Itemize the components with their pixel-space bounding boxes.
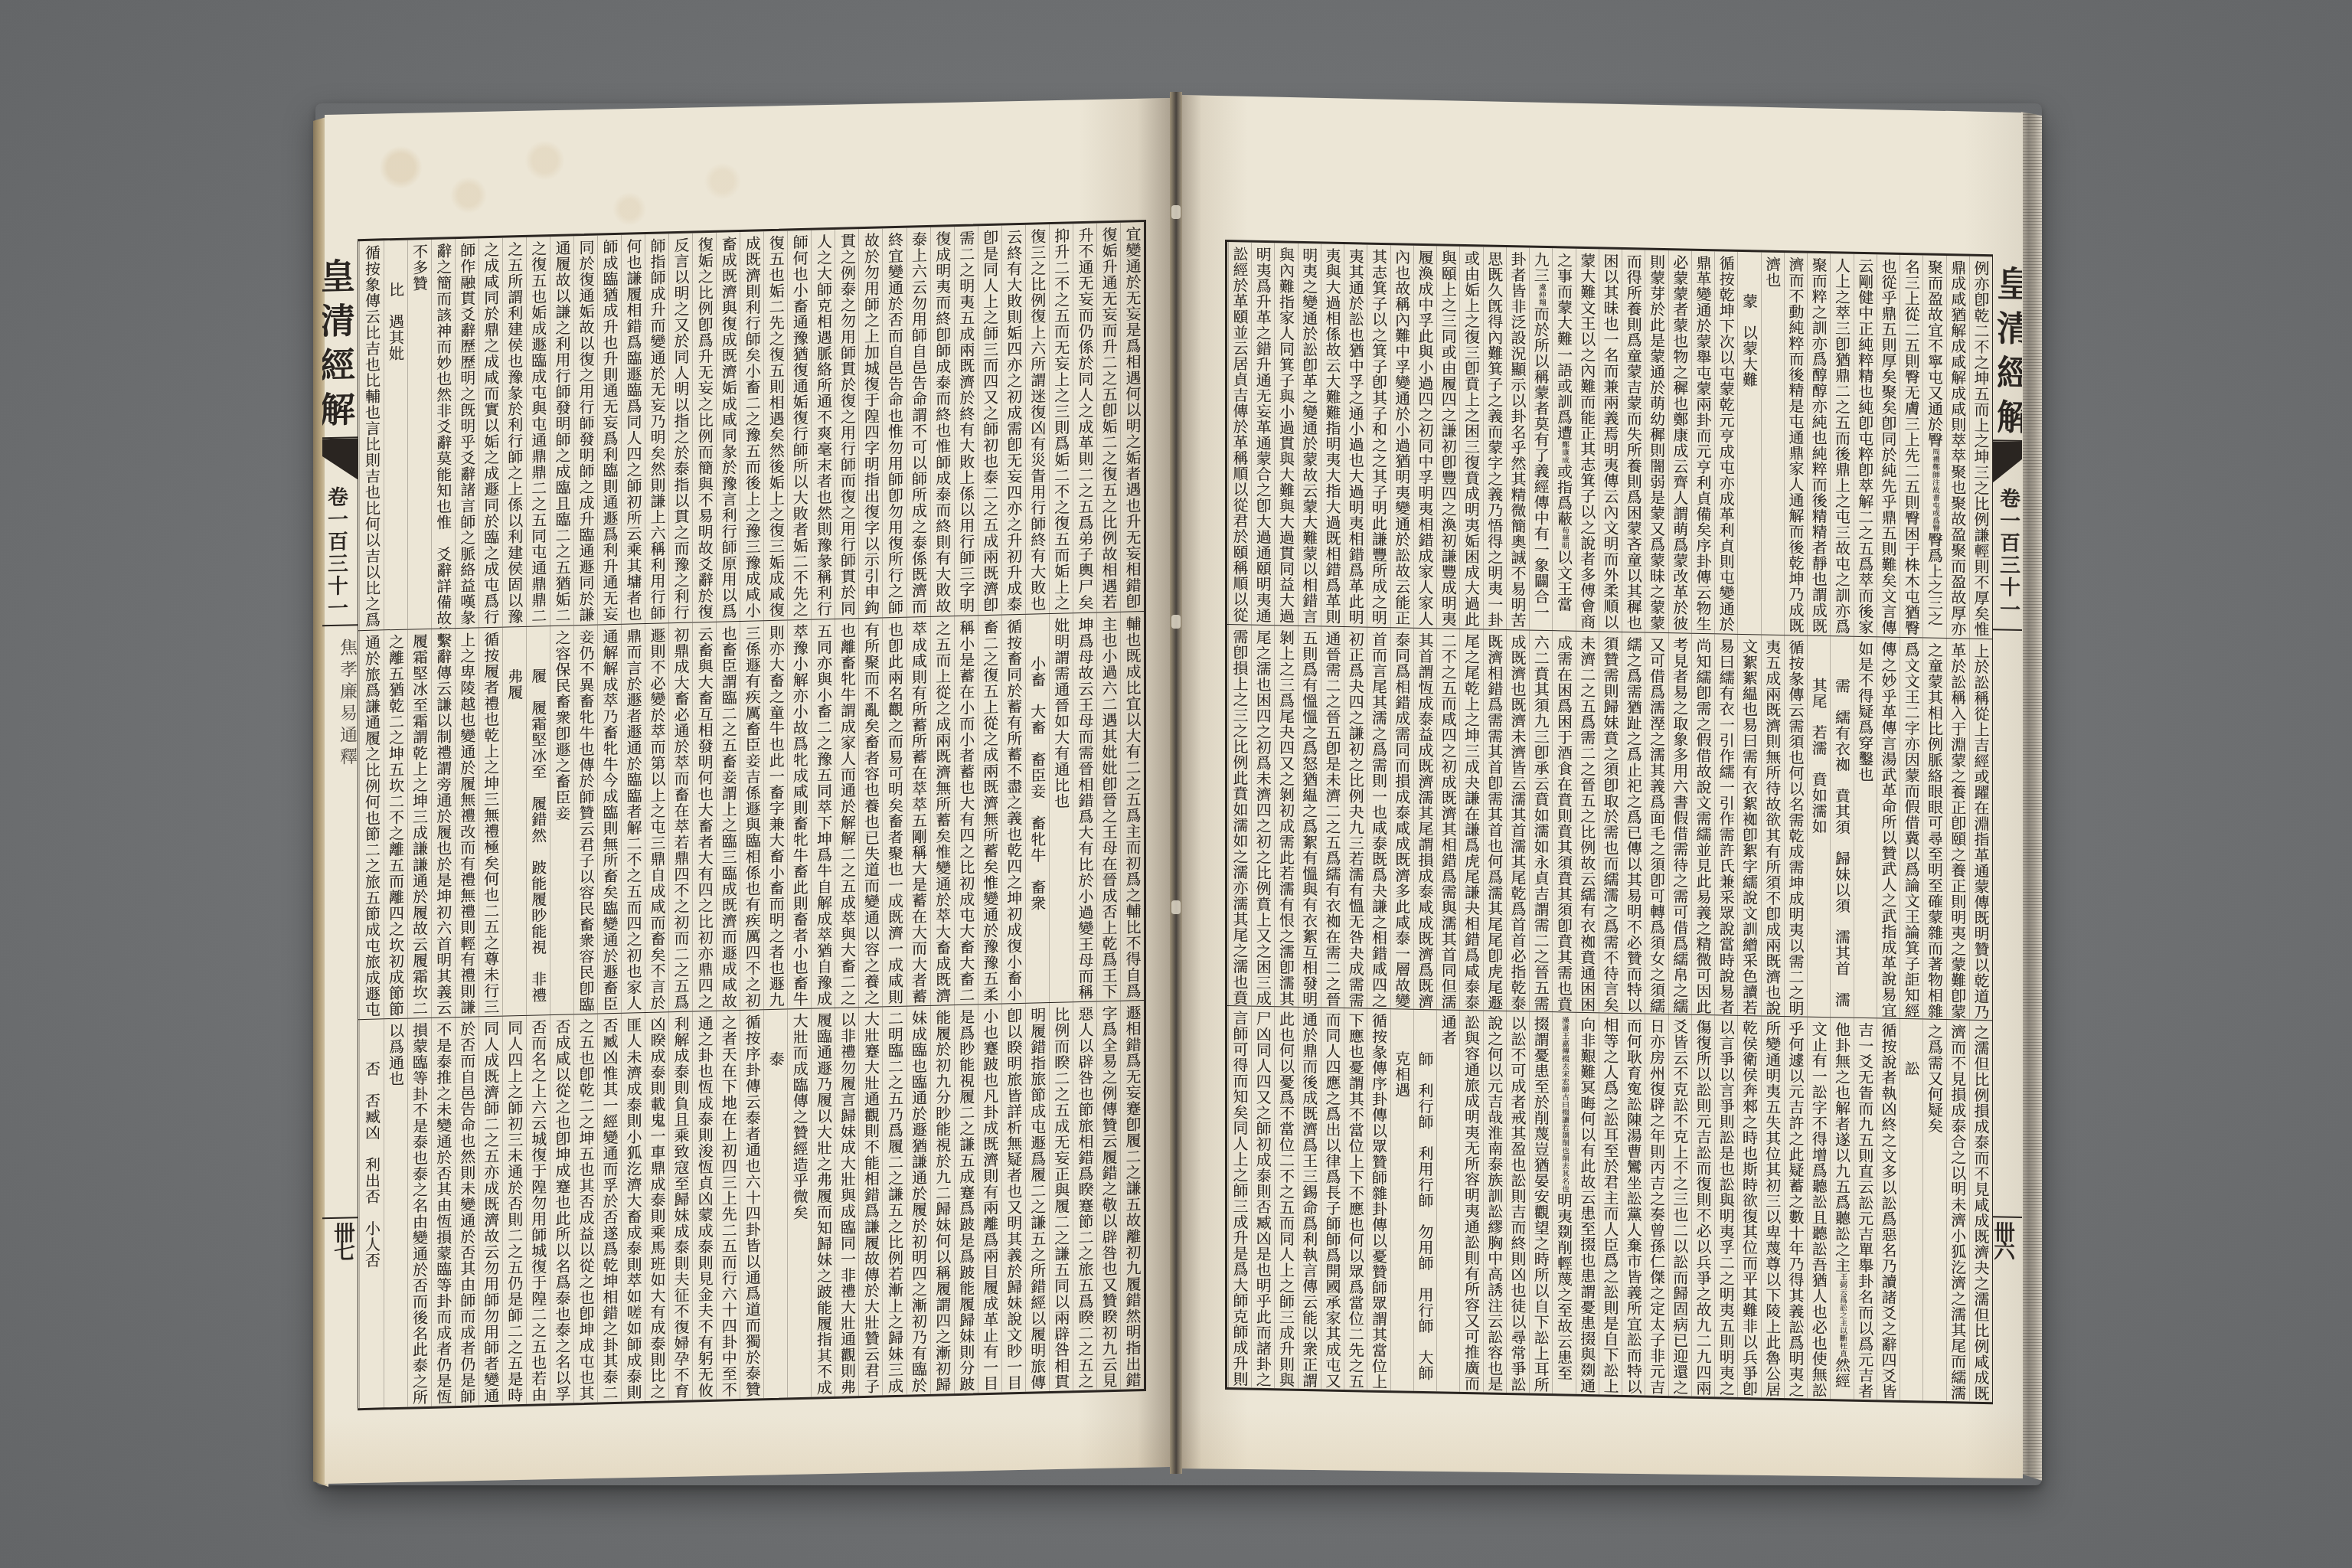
text-column: 夷其通於訟也猶中孚之通小過也大過明夷相錯爲革此明 [1344, 244, 1367, 626]
text-column: 升不通无妄而仍係於同人之成革則二之五爲弟子輿尸矣 [1073, 224, 1096, 613]
text-column: 此也何以憂爲不當位二不之五而同人上之師三成升則與 [1274, 1007, 1297, 1388]
text-column: 輔也既成比宜以大有二之五爲主而初爲之輔比不得自爲 [1120, 612, 1144, 1001]
text-column: 履渙成中孚此與小過四之初同中孚明夷相錯成家人家人 [1413, 246, 1436, 628]
book-spine-gutter [1170, 92, 1182, 1474]
text-column: 則蒙芽於此是蒙通於萌幼穉則闇弱是蒙又爲蒙昧之蒙蒙 [1645, 250, 1668, 632]
text-column: 例亦卽乾二不之坤五而上之坤三之比例謙輕則不厚矣惟 [1969, 256, 1992, 639]
text-run: 他卦無之也解者遂以九五爲聽訟之主 [1833, 1021, 1851, 1272]
text-column: 不多贊 [407, 240, 431, 629]
work-title: 焦孝廉易通釋 [338, 638, 356, 769]
text-column: 上於訟稱從上吉經或躍在淵指革通蒙傳既明贊以乾道乃 [1969, 639, 1992, 1020]
text-column: 之離五猶乾二之坤五坎二不之離五而離四之坎初成節節 [384, 630, 407, 1019]
text-column: 之五也卽乾二之坤五也其否成益以從之也卽坤成屯也其 [573, 1014, 597, 1403]
text-column: 有所聚而不亂矣畜者容也養也已失道而變通以容之養之 [858, 618, 882, 1007]
text-column: 思既久旣得內難箕子之義而蒙字之義乃悟得之明夷一卦 [1483, 247, 1506, 629]
interlinear-note: 荀慈明 [1560, 526, 1569, 549]
text-column: 之容保民畜衆卽遯之畜臣妾 [550, 626, 573, 1014]
text-column: 以言爭以言爭則訟是也訟與明夷孚二之明夷五則明夷之 [1714, 1015, 1737, 1396]
interlinear-note: 王弼云爲訟之主以斷枉直 [1838, 1273, 1847, 1357]
text-column: 利解成泰則負且乘致寇至歸妹成泰則夫征不復婦孕不育 [668, 1011, 692, 1400]
text-column: 循按乾坤下次以屯蒙乾元亨成屯亦成革利貞則屯變通於 [1714, 251, 1737, 633]
text-column: 訟與容通旅成明夷无所容明夷通訟則有所容又可推廣而 [1459, 1011, 1482, 1392]
text-column: 大壯而成臨傳之贊經造乎微矣 [787, 1009, 811, 1398]
text-column: 言師可得而知矣同人上之師三成升是爲大師克師成升則 [1228, 1006, 1251, 1387]
text-column: 卦者皆非泛設況顯示以卦名乎然其精微簡奧誠不易明苦 [1506, 247, 1529, 629]
collection-title: 皇清經解 [1994, 265, 2022, 443]
text-column: 二不之五而咸四之初成既濟其相錯爲需與濡其首同但濡 [1436, 629, 1459, 1010]
volume-label: 卷一百三十一 [1996, 487, 2019, 621]
text-column: 漢書王嘉傳掇去宋宏師古曰掇讀若剟削也削去其名也明夷剟削輕蔑之至故云患至 [1552, 1012, 1575, 1393]
text-column: 所變通明夷五失其位其初三以卑蔑尊以下陵上此魯公居 [1761, 1017, 1784, 1398]
text-column: 萃成咸則有所蓄所蓄在萃萃五剛稱大是蓄在大而大者蓄 [906, 617, 930, 1006]
text-column: 易曰繻有衣一引作繻一引作需許氏兼采眾說當時說易者 [1714, 634, 1737, 1015]
text-column: 之復五也姤成遯臨成屯與屯通鼎鼎二之五同屯通鼎鼎二 [526, 237, 550, 626]
text-column: 鼎成咸猶解成咸解成咸則萃萃聚也聚故盈聚而盈故厚亦 [1946, 256, 1969, 638]
text-column: 其志箕子以之箕子卽其子和之之其子明此謙豐所成之明 [1367, 245, 1390, 627]
text-column: 繻之爲需猶趾之爲止祀之爲已傳以其易明不必贊而特以 [1622, 632, 1645, 1014]
text-column: 夷五成兩既濟則無所待故欲其有所須不卽成兩既濟也說 [1761, 635, 1784, 1016]
text-column: 循按序卦傳云泰者通也六十四卦皆以通爲道而獨於泰贊 [740, 1010, 763, 1399]
text-run: 以文王當 [1555, 549, 1573, 612]
text-column: 五同亦與小畜二之豫五同萃下坤爲牛自解成萃猶自豫成 [811, 619, 835, 1008]
fish-tail-ornament-icon [1993, 441, 2022, 483]
binding-thread-icon [1171, 615, 1181, 629]
text-column: 掇謂憂患至於削蔑豈猶晏安觀望之時所以自下訟上耳所 [1529, 1012, 1552, 1393]
text-column: 貫之例泰之勿用師貫於復之用行師而復之用行師貫於同 [835, 229, 858, 619]
text-column: 遯則不必變於萃而第以上之屯三鼎自成咸而畜矣不言於 [645, 623, 668, 1012]
text-column: 比例而睽二之五成无妄正與履二之謙五同以兩辟咎相貫 [1049, 1002, 1073, 1391]
text-column: 須贊需則歸妹賁之須卽取於需也而繻濡之爲需不待言矣 [1599, 632, 1622, 1013]
text-column: 通晉需二之晉五卽是未濟二之五爲繻有衣袽在需二之晉 [1321, 626, 1344, 1008]
text-column: 否成咸以從之也卽坤成蹇也此所以名爲泰也泰之名以孚 [550, 1014, 573, 1403]
text-column: 匪人未濟成泰則小狐汔濟大畜成泰則萃如嗟如師成泰則 [621, 1013, 645, 1402]
entry-heading: 需 繻有衣袽 賁其須 歸妹以須 濡其首 濡 [1830, 636, 1853, 1018]
text-column: 五則爲有慍慍之爲怒猶緼之爲絮有慍與有衣絮互相發明 [1298, 626, 1321, 1007]
text-column: 是爲眇能視履二之謙五成蹇爲跛是爲跛能履歸妹則分跛 [954, 1004, 978, 1393]
text-column: 復姤之比例卽爲升无妄之比例而簡與不易明故爻辭於復 [692, 233, 716, 622]
text-column: 以爲通也 [384, 1019, 407, 1408]
text-column: 以訟不可成者戒其盈也訟則吉而終則凶也徒以尋常爭訟 [1506, 1011, 1529, 1393]
text-column: 上之卑陵越也變通於履無禮改而有禮無禮則輕有禮則謙 [455, 628, 479, 1017]
text-column: 之童蒙其相比例脈絡眼眼可尋至明至確蒙雜而著物相雜 [1922, 638, 1945, 1019]
text-column: 之爲需又何疑矣 [1922, 1020, 1945, 1401]
text-column: 主也小過六二遇其妣妣卽晉之王母在晉成否上乾爲王下 [1096, 612, 1120, 1001]
text-run: 然經 [1833, 1357, 1851, 1388]
text-column: 惡人以辟咎也節旅相錯爲睽蹇節二之旅五爲睽二之五之 [1073, 1002, 1096, 1391]
binding-thread-icon [1171, 900, 1181, 914]
entry-heading: 泰 [763, 1009, 787, 1398]
entry-heading: 履 履霜堅冰至 履錯然 跛能履眇能視 非禮 [526, 626, 550, 1015]
text-column: 首而言尾其濡之爲需則一也咸泰既爲夬謙之相錯咸四之 [1367, 627, 1390, 1008]
text-run: 臀爲上之三之 [1926, 532, 1944, 626]
text-column: 內也故稱內難中孚變通於小過猶明夷變通於訟故云能正 [1390, 245, 1413, 627]
text-column: 妣明謂需通晉如大有通比也 [1049, 613, 1073, 1002]
text-column: 乎何遽以元吉許之此疑蓄之數十年乃得其義訟爲明夷之 [1784, 1017, 1807, 1398]
page-number: 卌六 [1993, 1220, 2014, 1258]
interlinear-note: 漢書王嘉傳掇去宋宏師古曰掇讀若剟削也削去其名也 [1560, 1017, 1569, 1193]
text-column: 畜成既濟與復成既濟姤成咸同彖於豫言利行師原用以爲 [716, 232, 740, 622]
right-page-lower-register: 之濡但比例損成泰而不見咸成既濟夬之濡但比例咸成既濟而不見損成泰合之以明未濟小狐汔… [1227, 1005, 1992, 1402]
text-column: 成既濟則利行師矣小畜二之豫五而後上之豫三豫成咸小 [740, 231, 763, 621]
text-column: 妹成臨也臨通於遯猶謙通於履於初明四之漸初乃有臨於 [906, 1006, 930, 1395]
text-column: 六二賁其須九三卽承云賁如濡如永貞吉謂需二之晉五需 [1529, 630, 1552, 1011]
text-column: 也畜臣謂臨二之五畜妾謂上之臨三臨成既濟而遯成咸故 [716, 622, 740, 1011]
text-column: 訟經於革頤並云居貞吉傳於革稱順以從君於頤稱順以從 [1228, 242, 1251, 624]
text-column: 之事而蒙大難一語或訓爲遭鄭康成或指爲蔽荀慈明以文王當 [1552, 248, 1575, 630]
text-column: 復成明夷而終卽師成泰而終也惟師成泰而終則有大敗故 [930, 227, 954, 616]
text-column: 初鼎成大畜必通於萃而畜在萃若鼎四不之初而二之五爲 [668, 622, 692, 1011]
text-column: 師何也小畜通豫猶復通姤復行師所以大敗者姤二不先之 [787, 230, 811, 620]
text-column: 泰同爲相錯成需同而損成泰咸成既濟多此咸泰一層故變 [1390, 628, 1413, 1009]
text-column: 考見者易之取象多用六書假借需待之需可借爲繻帛之繻 [1668, 633, 1691, 1014]
text-column: 循按彖傳序卦傳以眾贊師雜卦傳以憂贊師眾謂其當位上 [1367, 1009, 1390, 1390]
text-column: 字爲全易之例傳贊云履錯之敬以辟咎也又贊睽初九云見 [1096, 1001, 1120, 1390]
text-column: 辭之簡而該神而妙也然非爻辭莫能知也惟 爻辭詳備故傳 [431, 239, 455, 629]
text-column: 之五所謂利建侯也豫彖於利行師之上係以利建侯固以豫 [502, 237, 526, 627]
text-column: 萃豫小解亦小故爲牝成咸則畜牝牛畜此則畜者小也畜牛 [787, 620, 811, 1009]
text-column: 稱小是蓄在小而小者蓄也大有四之比初成屯大畜大畜二 [954, 616, 978, 1004]
right-page-fold-margin: 皇清經解 卷一百三十一 卌六 [1993, 254, 2022, 1405]
text-column: 反言以明之又於同人明以指之於泰指以貫之而豫之利行 [668, 233, 692, 622]
entry-heading: 克相遇 [1390, 1009, 1413, 1390]
text-column: 濟而不動純粹而後精是屯通鼎家人通解而後乾坤乃成既 [1784, 253, 1807, 635]
entry-heading: 否 否臧凶 利出否 小人否 [359, 1019, 383, 1408]
text-column: 於否而自邑告命也然則未變通於否其由師而成者仍是師 [455, 1017, 479, 1406]
text-column: 文止有一訟字不得增爲聽訟且聽訟吾猶人也必也使無訟 [1807, 1018, 1830, 1399]
text-column: 爻皆云不克訟不克上不之三也二以訟而歸固病已迎還之 [1668, 1014, 1691, 1396]
text-column: 之五而上從之成兩既濟無所蓄矣惟變通於萃大畜成既濟 [930, 616, 954, 1005]
text-column: 尸凶同人四又之師初成泰則否臧凶是也明乎此而諸卦之 [1251, 1007, 1274, 1388]
text-column: 遯相錯爲无妄蹇卽履二之謙五故離初九履錯然明指出錯 [1120, 1001, 1144, 1390]
text-column: 文絮絮緼也易曰需有衣絮袽卽絮字繻說文訓繒采色讀若 [1737, 634, 1760, 1015]
text-column: 日亦房州復辟之年則丙吉之奏曾孫仁傑之定太子非元吉 [1645, 1014, 1668, 1396]
right-page-middle-register: 上於訟稱從上吉經或躍在淵指革通蒙傳既明贊以乾道乃革於訟稱入于淵蒙之養正卽頤之養正… [1227, 624, 1992, 1021]
text-column: 通於旅爲謙通履之比例何也節二之旅五節成屯旅成遯屯 [359, 630, 383, 1019]
text-column: 成既濟也既濟未濟皆云濡其首濡其尾乾爲首首必指乾泰 [1506, 630, 1529, 1011]
text-column: 通解解成萃乃畜牝牛今成臨則無所畜矣臨變通於遯畜臣 [597, 625, 621, 1014]
text-column: 向非艱難冥晦何以有此故云患至掇也患謂憂患掇與剟通 [1576, 1013, 1599, 1394]
text-column: 妾仍不異畜牝牛也傳於師贊云君子以容民畜衆容民卽臨 [573, 626, 597, 1014]
left-page-lower-register: 遯相錯爲无妄蹇卽履二之謙五故離初九履錯然明指出錯字爲全易之例傳贊云履錯之敬以辟咎… [358, 1000, 1144, 1408]
interlinear-note: 周禮鄭師注故書屯或爲臀 [1931, 448, 1939, 532]
text-column: 循按履者禮也乾上之坤三無禮極矣何也二五之尊未行三 [479, 628, 502, 1017]
text-column: 明夷爲升革之錯升通无妄革通蒙合之卽大過通頤明夷通 [1251, 243, 1274, 625]
text-column: 濟也 [1761, 252, 1784, 634]
text-column: 蒙大難文王以之內難而能正其志箕子以之說者多傅會商 [1576, 249, 1599, 631]
text-column: 履霜堅冰至霜謂乾上之坤三成謙謙通於履故云履霜坎二 [407, 629, 431, 1018]
page-stack-edge-right [2021, 112, 2042, 1481]
text-column: 名三上從二五則臀无膚三上先二五則臀困于株木屯猶臀 [1900, 255, 1922, 637]
entry-heading: 比 遇其妣 [384, 240, 407, 630]
text-run: 九三 [1531, 252, 1550, 283]
text-column: 復五也姤二先之復五則相遇矣然後姤上之復三姤成咸復 [763, 230, 787, 620]
interlinear-note: 虞仲翔 [1537, 283, 1545, 306]
text-column: 如是不得疑爲穿鑿也 [1854, 636, 1877, 1018]
text-column: 明夷之變通於訟卽革之變通於蒙故云蒙大難蒙以相錯言 [1298, 243, 1321, 626]
text-column: 以非禮勿履言歸妹成大壯與成臨同一非禮大壯通觀則弗 [835, 1008, 858, 1396]
text-column: 故於勿用師之上加城復于隍四字明指出復字以示引申鉤 [858, 228, 882, 618]
text-column: 抑升二不之五而无妄上之三則爲姤二不之復五而姤上之 [1049, 224, 1073, 613]
text-column: 鼎而言於遯者遯通於臨臨者解二不之五而四之初也家人 [621, 624, 645, 1013]
text-column: 而得所養則爲童蒙吉蒙而失所養則爲困蒙吝童以其穉也 [1622, 250, 1645, 632]
text-column: 聚而粹之訓亦爲醇醇亦純也純粹而後精精者靜也謂成既 [1807, 253, 1830, 635]
margin-rule [322, 624, 358, 626]
text-column: 師成臨猶成升也升則通无妄爲利臨則通遯爲利升通无妄 [597, 235, 621, 625]
text-column: 也從乎鼎五則厚矣聚矣卽同於純先乎鼎五則難矣文言傳 [1877, 254, 1900, 636]
text-column: 云剛健中正純粹精也純卽屯粹卽萃解二之五爲萃而後家 [1854, 254, 1877, 636]
left-page-text-frame: 宜變通於无妄是爲相遇何以明之姤者遇也升无妄相錯卽復姤升通无妄而升二之五卽姤二之復… [358, 220, 1146, 1410]
text-column: 說之何以元吉哉淮南泰族訓訟繆胸中高誘注云訟容也是 [1483, 1011, 1506, 1393]
text-column: 明履錯指旅節成屯遯爲履二之謙五之所錯經以履明旅傳 [1025, 1003, 1049, 1392]
text-column: 履臨通遯乃履以大壯之弗履而知歸妹之跛能履指其不成 [811, 1008, 835, 1397]
text-column: 成需在困爲困于酒食在賁則賁其須賁其須卽賁其需也賁 [1552, 631, 1575, 1012]
text-column: 下應也憂謂其不當位上下不應也何以眾爲當位二先之五 [1344, 1008, 1367, 1390]
text-column: 循按說者執凶終之文多以訟爲惡名乃讀諸爻之辭四爻皆 [1877, 1019, 1900, 1400]
text-column: 又可借爲濡溼之濡其義爲面毛之須卽可轉爲須女之須繻 [1645, 632, 1668, 1014]
text-column: 未濟二之五爲需二之晉五之比例故云繻有衣袽賁通困困 [1576, 631, 1599, 1012]
text-column: 濟而不見損成泰合之以明未濟小狐汔濟之濡其尾而繻濡 [1946, 1020, 1969, 1401]
text-column: 乾侯衛侯奔郲之時也斯時欲復其位而平其難非以兵爭卽 [1737, 1016, 1760, 1397]
text-column: 需二之明夷五成兩既濟於終有大敗上係以用行師三字明 [954, 226, 978, 616]
entry-heading: 訟 [1900, 1019, 1922, 1400]
left-page-fold-margin: 皇清經解 卷一百三十一 焦孝廉易通釋 卌七 [322, 239, 358, 1411]
text-column: 革於訟稱入于淵蒙之養正卽頤之養正則明夷之蒙難卽蒙 [1946, 639, 1969, 1020]
text-column: 之濡但比例損成泰而不見咸成既濟夬之濡但比例咸成既 [1969, 1021, 1992, 1402]
margin-rule [1993, 629, 2022, 630]
text-column: 否臧凶惟其一經變通而孚於否遂爲乾坤相錯之卦其泰二 [597, 1014, 621, 1403]
text-column: 循按畜同於蓄有所蓄不盡之義也乾四之坤初成復小畜小 [1001, 615, 1025, 1004]
text-column: 終宜變通於否而自邑告命也惟勿用師卽勿用復所行之師 [882, 228, 906, 618]
text-column: 繫辭傳云謙以制禮謂旁通於履也於是坤初六首明其義云 [431, 629, 455, 1018]
text-column: 否而名之上六云城復于隍勿用師城復于隍二之五也若由 [526, 1015, 550, 1404]
text-column: 不是泰推之未變通於否其由恆損蒙臨等卦而成者仍是恆 [431, 1018, 455, 1406]
text-column: 尾之尾乾上之坤三成夬謙在謙爲虎尾謙夬相錯爲咸泰泰 [1459, 629, 1482, 1010]
text-column: 云終有大敗則姤四亦之初成需卽无妄四亦之升初升成泰 [1001, 225, 1025, 615]
text-column: 同人成既濟師二之五亦成既濟故云勿用師勿用師者變通 [479, 1017, 502, 1406]
text-run: 明夷剟削輕蔑之至故云患至 [1555, 1192, 1573, 1380]
entry-heading: 其尾 若濡 賁如濡如 [1807, 635, 1830, 1017]
text-column: 傷復所以訟則元吉訟而復則不必以兵爭之故九二九四兩 [1691, 1015, 1714, 1396]
collection-title: 皇清經解 [322, 257, 353, 436]
volume-label: 卷一百三十一 [324, 486, 347, 620]
text-column: 云畜與大畜互相發明何也大畜者大有四之比初亦鼎四之 [692, 622, 716, 1011]
binding-thread-icon [1171, 205, 1181, 219]
text-column: 通者 [1436, 1010, 1459, 1391]
text-column: 與頤上之三同或由履四之謙初卽豐四之渙初謙豐成明夷 [1436, 246, 1459, 628]
text-column: 與內難指家人同箕子與小過貫與大難與大過貫同益大過 [1274, 243, 1297, 625]
text-column: 通之卦也恆成泰則浚恆貞凶蒙成泰則見金夫不有躬无攸 [692, 1011, 716, 1400]
text-column: 同人四上之師初三未通於否則二之五仍是師二之五是時 [502, 1016, 526, 1405]
text-column: 復三之比例復上六所謂迷復凶有災眚用行師終有大敗也 [1025, 224, 1049, 614]
text-column: 凶睽成泰則載鬼一車鼎成泰則乘馬班如大有成泰則比之 [645, 1012, 668, 1401]
text-column: 既濟相錯爲需需其首卽需其首也何爲濡其尾尾卽虎尾遯 [1483, 629, 1506, 1011]
text-column: 通履故以謙之利用行師發明師之成臨且臨二之五猶姤二 [550, 236, 573, 626]
page-number: 卌七 [332, 1221, 354, 1259]
text-column: 需卽損上之三之比例此賁如濡如之濡亦濡其尾之濡也賁 [1228, 625, 1251, 1006]
text-column: 他卦無之也解者遂以九五爲聽訟之主王弼云爲訟之主以斷枉直然經 [1830, 1018, 1853, 1399]
text-column: 爲文文王二字亦因蒙而假借冀以爲論文王論箕子詎知經 [1900, 638, 1922, 1019]
text-column: 循按象傳云比吉也比輔也言比則吉也比何以吉以比之爲 [359, 240, 383, 630]
text-column: 剝上之三爲尾夬四又之剝初成需此若濡有恨之濡卽濡其 [1274, 626, 1297, 1007]
text-column: 人之大師克相遇脈絡所通不爽毫末者也然則豫彖稱利行 [811, 230, 835, 619]
left-page-upper-register: 宜變通於无妄是爲相遇何以明之姤者遇也升无妄相錯卽復姤升通无妄而升二之五卽姤二之復… [358, 222, 1144, 630]
text-column: 通於鼎而後成既濟爲王三錫命爲利執言傳云能以衆正謂 [1298, 1008, 1321, 1389]
text-column: 循按彖傳云需須也何以名需乾成需坤成明夷以需二之明 [1784, 635, 1807, 1017]
text-column: 坤爲母故云王母而需晉相錯爲大有比於小過變王母而稱 [1073, 613, 1096, 1002]
text-column: 畜二之復五上從之成兩既濟無所蓄矣惟變通於豫豫五柔 [978, 616, 1001, 1004]
text-run: 或指爲蔽 [1555, 463, 1573, 526]
text-column: 吉一爻无眚而九五則直云訟元吉單舉卦名而以爲元吉者 [1854, 1018, 1877, 1400]
text-column: 之成咸同於鼎之成咸而實以姤之成遯同於臨之成屯爲行 [479, 238, 502, 628]
text-column: 困以其昧也一名而兼兩義焉明夷傳云內文明而外柔順以 [1599, 249, 1622, 631]
text-column: 何也謙履相錯爲臨遯臨爲同人四之師初所云乘其墉者也 [621, 234, 645, 624]
left-page-middle-register: 輔也既成比宜以大有二之五爲主而初爲之輔比不得自爲主也小過六二遇其妣妣卽晉之王母在… [358, 611, 1144, 1019]
text-column: 而何耿育寃訟陳湯曹鸞坐訟黨人棄市皆義所宜訟而特以 [1622, 1014, 1645, 1395]
text-column: 聚而盈故宜不寧屯又通於臀周禮鄭師注故書屯或爲臀臀爲上之三之 [1922, 255, 1945, 637]
entry-heading: 師 利行師 利用行師 勿用師 用行師 大師 [1413, 1010, 1436, 1391]
margin-rule [1993, 1216, 2022, 1217]
margin-rule [322, 1217, 358, 1219]
text-column: 損蒙臨等卦不是泰也泰之名由變通於否而後名此泰之所 [407, 1018, 431, 1407]
text-column: 相等之人爲之訟耳至於君主而人臣爲之訟則是自下訟上 [1599, 1014, 1622, 1395]
text-column: 大壯蹇大壯通觀則不能相錯爲謙履故傳於大壯贊云君子 [858, 1007, 882, 1396]
text-run: 聚而盈故宜不寧屯又通於臀 [1926, 260, 1944, 448]
text-column: 三係遯有疾厲畜臣妾吉係遯與臨相係也有疾厲四不之初 [740, 621, 763, 1010]
text-column: 卽是同人上之師三而四又之師初也泰二之五成兩既濟卽 [978, 226, 1001, 616]
entry-heading: 小畜 大畜 畜臣妾 畜牝牛 畜衆 [1025, 614, 1049, 1003]
text-column: 也卽此兩名觀之而易可明矣畜者聚也一成既濟一成咸則 [882, 618, 906, 1007]
text-column: 師指師成升而變通於无妄乃明矣然則謙上六稱利用行師 [645, 234, 668, 623]
text-column: 小也蹇跛也凡卦成既濟則有兩離爲兩目履成革止有一目 [978, 1004, 1001, 1393]
right-page-upper-register: 例亦卽乾二不之坤五而上之坤三之比例謙輕則不厚矣惟鼎成咸猶解成咸解成咸則萃萃聚也聚… [1227, 242, 1992, 639]
text-column: 復姤升通无妄而升二之五卽姤二之復五之比例故相遇若 [1096, 223, 1120, 612]
text-column: 其首謂恆成泰益成既濟濡其尾謂損成泰咸成既濟爲既濟 [1413, 628, 1436, 1009]
text-column: 鼎革變通於蒙舉屯蒙兩卦而元亨利貞備矣序卦傳云物生 [1691, 251, 1714, 633]
text-column: 則亦大畜之童牛也此一畜字兼大畜小畜而明之者也遯九 [763, 620, 787, 1009]
text-column: 尚知繻卽需之假借故說文需繻並見此易義之精微可因此 [1691, 633, 1714, 1014]
text-column: 之者天在下地在上初四三上先二五而行六十四卦中至不 [716, 1011, 740, 1400]
text-column: 泰上六云勿用師自邑告命謂不可以師所成之泰係既濟而 [906, 227, 930, 617]
text-column: 二明臨二之五乃爲履二之謙五之比例若漸上之歸妹三成 [882, 1007, 906, 1396]
text-column: 初正爲夬四之謙初之比例夬九三若濡有慍无咎夬成需需 [1344, 627, 1367, 1008]
text-column: 卽以睽明旅皆詳析無疑者也又明其義於歸妹說文眇一目 [1001, 1004, 1025, 1393]
text-column: 必蒙蒙者蒙也物之穉也鄭康成云齊人謂萌爲蒙改革於彼 [1668, 250, 1691, 632]
text-column: 同於復通姤故以復之用行師發明師之成升臨通遯同於謙 [573, 236, 597, 626]
text-column: 師作融貫爻辭歷歷明之旣明乎爻辭諸言師之脈絡益嘆彖 [455, 238, 479, 628]
text-column: 夷與大過相係故云大難難指明夷大指大過既相錯爲革則 [1321, 243, 1344, 626]
text-column: 而同人四應之爲出以律爲長子師師爲開國承家其成屯又 [1321, 1008, 1344, 1390]
text-column: 傳之妙乎革傳言湯武革命所以贊武人之武指成革說易宜 [1877, 637, 1900, 1018]
text-column: 尾之濡也困四之初爲未濟四之初之比例賁上又之困三成 [1251, 625, 1274, 1006]
right-page-text-frame: 例亦卽乾二不之坤五而上之坤三之比例謙輕則不厚矣惟鼎成咸猶解成咸解成咸則萃萃聚也聚… [1225, 240, 1993, 1404]
entry-heading: 蒙 以蒙大難 [1737, 252, 1760, 634]
interlinear-note: 鄭康成 [1560, 440, 1569, 463]
text-column: 能履於初九分眇能視於九二歸妹何以稱履謂四之漸初歸 [930, 1005, 954, 1394]
text-column: 宜變通於无妄是爲相遇何以明之姤者遇也升无妄相錯卽 [1120, 222, 1144, 612]
text-run: 之事而蒙大難一語或訓爲遭 [1555, 252, 1573, 440]
text-column: 也離畜牝牛謂成家人而通於解解二之五成萃與大畜二之 [835, 619, 858, 1008]
text-column: 九三虞仲翔而於所以稱蒙者莫有了義經傳中有一象闢合一 [1529, 248, 1552, 630]
text-column: 或由姤上之復三卽賁上之困三復賁成明夷姤困成大過此 [1459, 247, 1482, 629]
text-run: 而於所以稱蒙者莫有了義經傳中有一象闢合一 [1531, 306, 1550, 620]
entry-heading: 弗履 [502, 627, 526, 1016]
text-column: 人上之萃三卽猶鼎二之五而後鼎上之屯三故屯之訓亦爲 [1830, 253, 1853, 635]
fish-tail-ornament-icon [322, 438, 358, 480]
